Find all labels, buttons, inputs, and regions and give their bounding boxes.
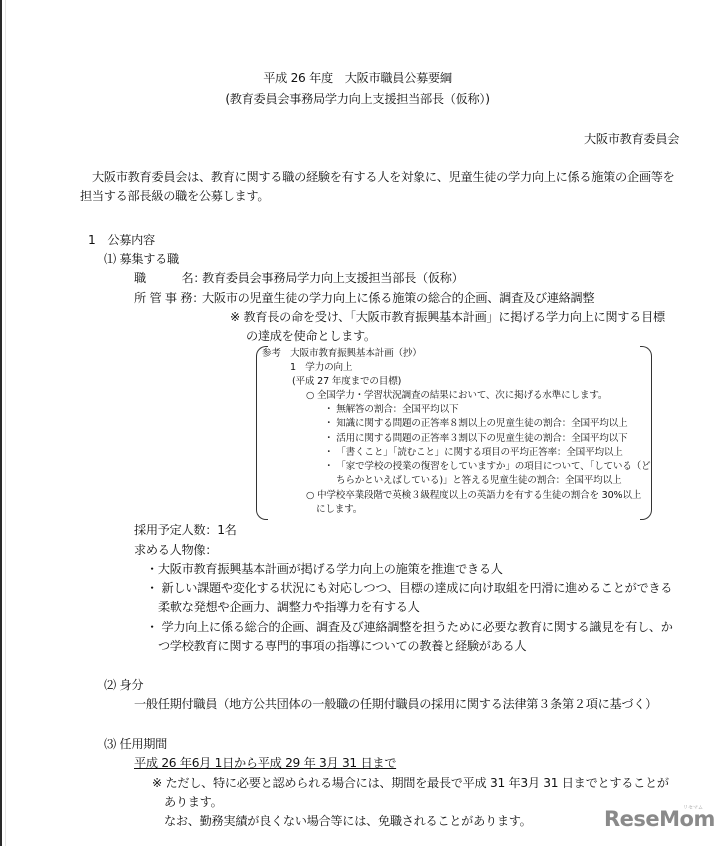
page-left-edge: [0, 0, 2, 846]
reference-goal-2-line-1: ○ 中学校卒業段階で英検３級程度以上の英語力を有する生徒の割合を 30%以上: [306, 489, 641, 502]
appointment-period: 平成 26 年6月 1日から平成 29 年 3月 31 日まで: [134, 755, 396, 771]
reference-bullet: ・ 「家で学校の授業の復習をしていますか」の項目について、「している（ど: [324, 460, 650, 473]
reference-bullet: ・ 知識に関する問題の正答率８割以上の児童生徒の割合：全国平均以上: [324, 417, 627, 430]
duties-value: 大阪市の児童生徒の学力向上に係る施策の総合的企画、調査及び連絡調整: [202, 290, 594, 306]
headcount: 採用予定人数：1名: [134, 522, 237, 538]
reference-bullet: ・ 無解答の割合：全国平均以下: [324, 403, 458, 416]
resemom-watermark-sub: リセマム: [683, 804, 703, 811]
reference-goal-1: ○ 全国学力・学習状況調査の結果において、次に掲げる水準にします。: [306, 389, 607, 402]
reference-bullet: ・ 活用に関する問題の正答率３割以下の児童生徒の割合：全国平均以下: [324, 432, 627, 445]
left-bracket: [256, 346, 268, 520]
desired-item-continued: 柔軟な発想や企画力、調整力や指導力を有する人: [158, 599, 420, 615]
reference-goal-2-line-2: にします。: [316, 503, 362, 516]
reference-heading: 参考 大阪市教育振興基本計画（抄）: [262, 347, 422, 360]
reference-bullet-continued: ちらかといえばしている)」と答える児童生徒の割合：全国平均以上: [336, 474, 621, 487]
status-value: 一般任期付職員（地方公共団体の一般職の任期付職員の採用に関する法律第３条第２項に…: [134, 696, 657, 712]
job-title-label: 職 名：: [134, 270, 205, 286]
intro-line-1: 大阪市教育委員会は、教育に関する職の経験を有する人を対象に、児童生徒の学力向上に…: [92, 169, 675, 185]
document-title: 平成 26 年度 大阪市職員公募要綱: [0, 70, 715, 86]
desired-item: ・ 学力向上に係る総合的企画、調査及び連絡調整を担うために必要な教育に関する識見…: [146, 619, 673, 635]
reference-item-heading: 1 学力の向上: [290, 361, 352, 374]
mission-note-line-2: の達成を使命とします。: [246, 328, 376, 344]
reference-bullet: ・ 「書くこと」「読むこと」に関する項目の平均正答率：全国平均以上: [324, 446, 623, 459]
mission-note-line-1: ※ 教育長の命を受け、「大阪市教育振興基本計画」に掲げる学力向上に関する目標: [230, 309, 665, 325]
section-1-heading: 1 公募内容: [88, 232, 155, 248]
duties-label: 所 管 事 務：: [134, 290, 204, 306]
desired-profile-label: 求める人物像：: [134, 542, 217, 558]
right-bracket: [640, 346, 652, 520]
reference-target-period: (平成 27 年度までの目標): [292, 375, 401, 388]
subsection-1-heading: ⑴ 募集する職: [104, 251, 179, 267]
intro-line-2: 担当する部長級の職を公募します。: [80, 188, 269, 204]
desired-item: ・ 新しい課題や変化する状況にも対応しつつ、目標の達成に向け取組を円滑に進めるこ…: [146, 580, 672, 596]
subsection-3-heading: ⑶ 任用期間: [104, 736, 167, 752]
period-note-line-2: あります。: [164, 794, 222, 810]
period-note-line-1: ※ ただし、特に必要と認められる場合には、期間を最長で平成 31 年3月 31 …: [152, 775, 669, 791]
desired-item-continued: つ学校教育に関する専門的事項の指導についての教養と経験がある人: [158, 638, 526, 654]
issuer: 大阪市教育委員会: [584, 131, 679, 147]
page-margin-line: [5, 0, 6, 846]
desired-item: ・大阪市教育振興基本計画が掲げる学力向上の施策を推進できる人: [146, 561, 503, 577]
period-note-line-3: なお、勤務実績が良くない場合等には、免職されることがあります。: [164, 813, 532, 829]
document-subtitle: (教育委員会事務局学力向上支援担当部長（仮称）): [0, 91, 715, 107]
subsection-2-heading: ⑵ 身分: [104, 677, 143, 693]
job-title-value: 教育委員会事務局学力向上支援担当部長（仮称）: [202, 270, 464, 286]
